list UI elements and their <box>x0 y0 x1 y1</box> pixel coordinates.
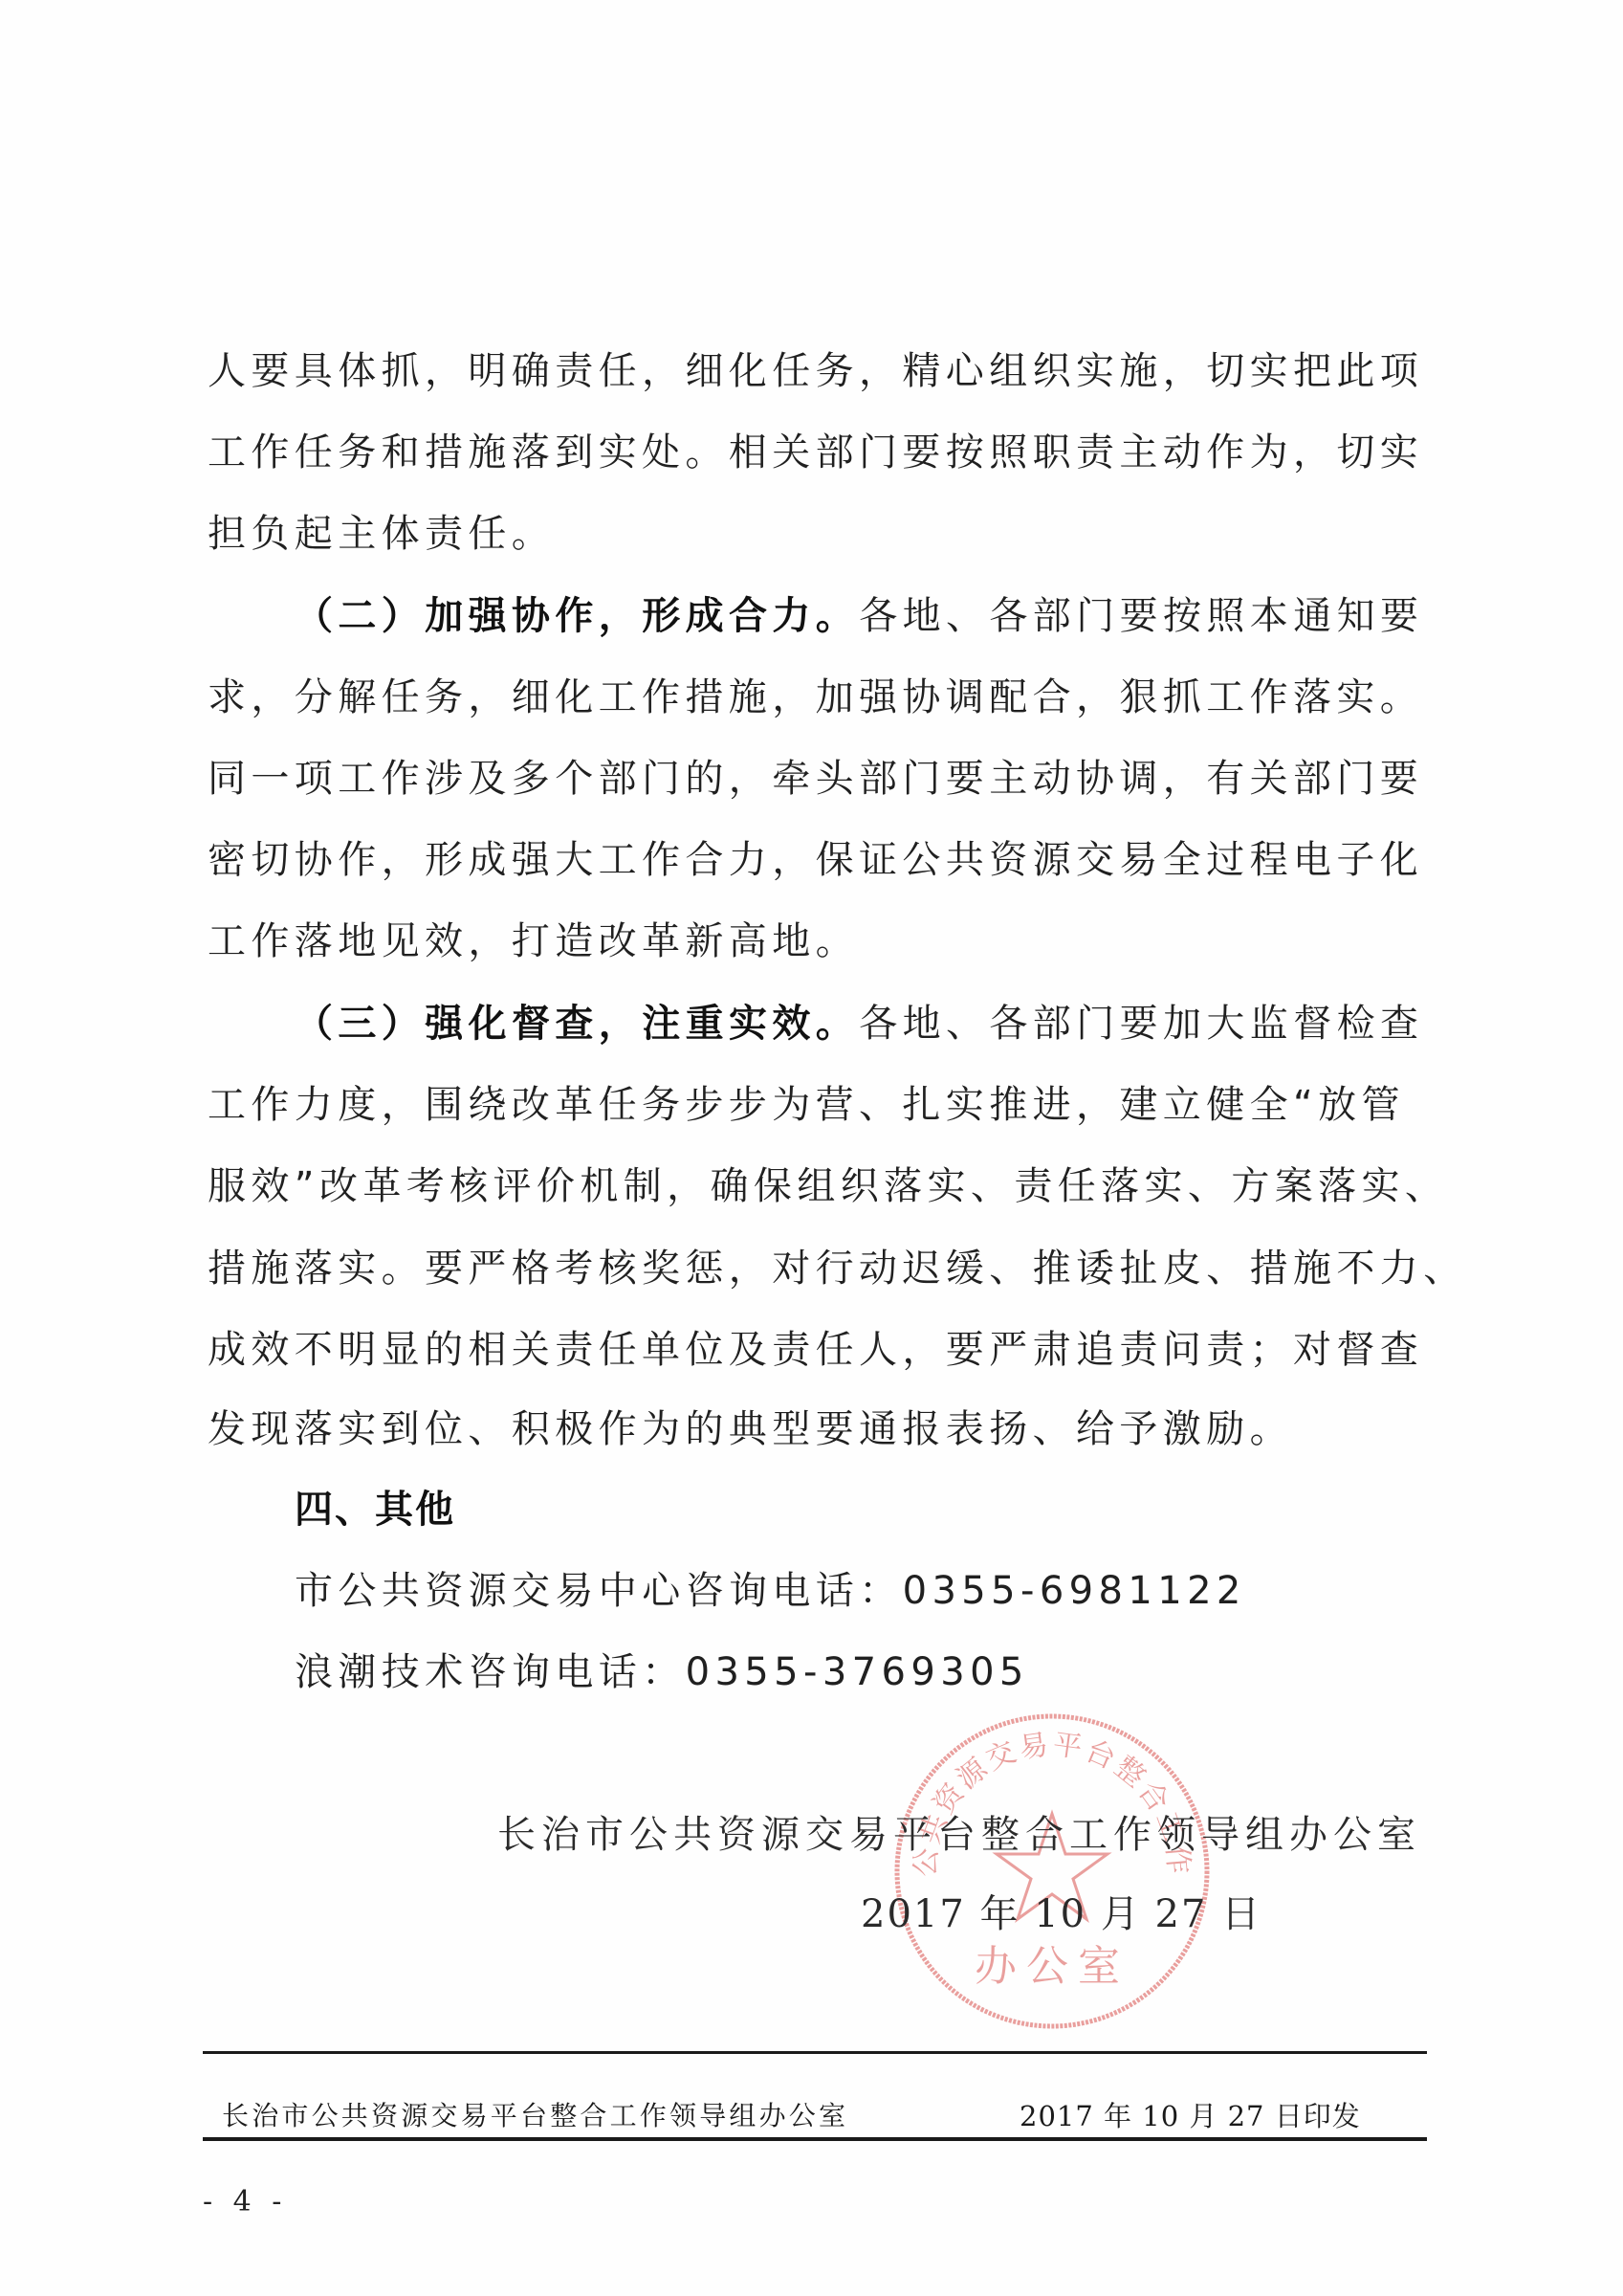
section-heading-4: 四、其他 <box>295 1481 1528 1538</box>
body-line: 工作落地见效，打造改革新高地。 <box>208 913 1441 970</box>
body-line: 同一项工作涉及多个部门的，牵头部门要主动协调，有关部门要 <box>208 750 1441 807</box>
footer-issuer: 长治市公共资源交易平台整合工作领导组办公室 <box>222 2097 848 2135</box>
body-line: 工作任务和措施落到实处。相关部门要按照职责主动作为，切实 <box>208 424 1441 481</box>
signature-date: 2017 年 10 月 27 日 <box>861 1886 1261 1943</box>
page-number: - 4 - <box>203 2183 287 2221</box>
body-line: 工作力度，围绕改革任务步步为营、扎实推进，建立健全“放管 <box>208 1076 1441 1134</box>
footer-bottom-rule <box>203 2137 1427 2141</box>
body-line: 担负起主体责任。 <box>208 505 1441 563</box>
footer-print-date: 2017 年 10 月 27 日印发 <box>1020 2097 1361 2135</box>
paragraph-3-first-line: （三）强化督查，注重实效。各地、各部门要加大监督检查 <box>295 995 1528 1052</box>
body-text: 各地、各部门要加大监督检查 <box>859 1002 1423 1046</box>
section-heading-2: （二）加强协作，形成合力。 <box>295 594 859 638</box>
official-seal-icon: 长治市公共资源交易平台整合工作领导组 办公室 <box>889 1711 1215 2032</box>
signature-organization: 长治市公共资源交易平台整合工作领导组办公室 <box>497 1806 1421 1864</box>
body-line: 措施落实。要严格考核奖惩，对行动迟缓、推诿扯皮、措施不力、 <box>208 1240 1441 1297</box>
section-heading-3: （三）强化督查，注重实效。 <box>295 1002 859 1046</box>
document-page: 人要具体抓，明确责任，细化任务，精心组织实施，切实把此项 工作任务和措施落到实处… <box>0 0 1623 2296</box>
body-line: 服效”改革考核评价机制，确保组织落实、责任落实、方案落实、 <box>208 1158 1441 1215</box>
seal-bottom-text: 办公室 <box>975 1942 1130 1991</box>
body-line: 密切协作，形成强大工作合力，保证公共资源交易全过程电子化 <box>208 831 1441 889</box>
contact-line: 浪潮技术咨询电话：0355-3769305 <box>295 1644 1528 1701</box>
body-text: 各地、各部门要按照本通知要 <box>859 594 1423 638</box>
body-line: 发现落实到位、积极作为的典型要通报表扬、给予激励。 <box>208 1401 1441 1458</box>
contact-line: 市公共资源交易中心咨询电话：0355-6981122 <box>295 1562 1528 1620</box>
body-line: 人要具体抓，明确责任，细化任务，精心组织实施，切实把此项 <box>208 342 1441 400</box>
body-line: 求，分解任务，细化工作措施，加强协调配合，狠抓工作落实。 <box>208 669 1441 726</box>
paragraph-2-first-line: （二）加强协作，形成合力。各地、各部门要按照本通知要 <box>295 587 1528 645</box>
footer-top-rule <box>203 2051 1427 2054</box>
body-line: 成效不明显的相关责任单位及责任人，要严肃追责问责；对督查 <box>208 1321 1441 1379</box>
